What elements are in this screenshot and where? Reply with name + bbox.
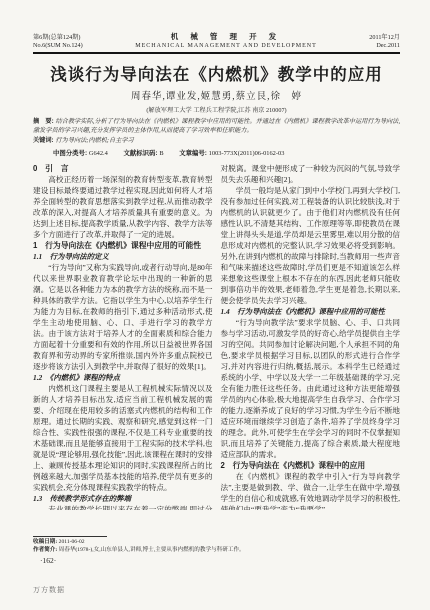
subsection-heading: 1.3 传统教学形式存在的弊端 [33,493,213,504]
page-number: ·162· [40,556,56,565]
doc-code-label: 文献标识码: [123,150,159,157]
doc-code: B [159,150,163,157]
clc-number: G642.4 [89,150,108,157]
section-heading: 2 行为导向法在《内燃机》课程中的应用 [221,460,401,471]
subsection-heading: 1.4 行为导向法在《内燃机》课程中应用的可能性 [221,306,401,317]
date-info: 2011年12月 Dec.2011 [369,34,400,50]
paragraph: 高校正经历着一场深刻的教育转型变革,教育转型建设目标最终要通过教学过程实现,因此… [33,174,213,240]
received-date: 2011-06-02 [59,539,85,545]
abstract-text: 结合教学实际,分析了行为导向法在《内燃机》课程教学中应用的可能性。并通过在《内燃… [33,118,400,134]
date-en: Dec.2011 [369,42,400,50]
header-divider [33,52,400,54]
paragraph: 内燃机这门课程主要是从工程机械实际情况以及新的人才培养目标出发,适应当前工程机械… [33,383,213,493]
journal-header: 第6期(总第124期) No.6(SUM No.124) 机 械 管 理 开 发… [33,33,400,50]
issue-en: No.6(SUM No.124) [33,42,83,50]
classification-row: 中图分类号: G642.4 文献标识码: B 文章编号: 1003-773X(2… [33,148,400,157]
paragraph: 在《内燃机》课程的教学中引入“行为导向教学法”,主要是做到教、学、做合一,让学生… [221,471,401,510]
paragraph: “行为导向教学法”要求学员脑、心、手、口共同参与学习活动,可激发学员的好奇心,给… [221,317,401,460]
abstract-label: 摘 要: [33,118,55,125]
paragraph: 学员一般均是从家门到中小学校门,再到大学校门,没有参加过任何实践,对工程装备的认… [221,185,401,306]
footnote: 收稿日期: 2011-06-02 作者简介: 周春华(1978-),女,山东单县… [33,536,415,554]
author-list: 周春华,谭业发,姬慧勇,蔡立艮,徐 婷 [33,88,400,102]
wanfang-watermark: 万方数据 [33,585,65,595]
keywords: 关键词: 行为导向法;内燃机;自主学习 [33,136,400,145]
paragraph: 专业课的教学长期以来存在着一定的弊端,即过分强调教师在教学活动中的主导地位,理论… [33,504,213,510]
bio-text: 周春华(1978-),女,山东单县人,讲师,博士,主要从事内燃机的教学与科研工作… [59,547,245,553]
right-column: 对脱离。课堂中便形成了一种较为沉闷的气氛,导致学员失去乐趣和兴趣[2]。 学员一… [221,163,401,510]
received-label: 收稿日期: [33,539,59,545]
subsection-heading: 1.1 行为导向法的定义 [33,251,213,262]
journal-name-en: MECHANICAL MANAGEMENT AND DEVELOPMENT [135,42,317,50]
article-id-label: 文章编号: [179,150,208,157]
subsection-heading: 1.2 《内燃机》课程的特点 [33,372,213,383]
left-column: 0 引 言 高校正经历着一场深刻的教育转型变革,教育转型建设目标最终要通过教学过… [33,163,213,510]
section-heading: 0 引 言 [33,163,213,174]
keywords-text: 行为导向法;内燃机;自主学习 [55,137,133,144]
article-title: 浅谈行为导向法在《内燃机》教学中的应用 [33,61,400,85]
journal-name: 机 械 管 理 开 发 MECHANICAL MANAGEMENT AND DE… [135,33,317,50]
issue-info: 第6期(总第124期) No.6(SUM No.124) [33,34,83,50]
journal-name-cn: 机 械 管 理 开 发 [135,33,317,41]
keywords-label: 关键词: [33,137,55,144]
body-columns: 0 引 言 高校正经历着一场深刻的教育转型变革,教育转型建设目标最终要通过教学过… [33,163,400,510]
issue-cn: 第6期(总第124期) [33,34,83,42]
date-cn: 2011年12月 [369,34,400,42]
article-id: 1003-773X(2011)06-0162-03 [209,150,285,157]
paragraph: 对脱离。课堂中便形成了一种较为沉闷的气氛,导致学员失去乐趣和兴趣[2]。 [221,163,401,185]
bio-label: 作者简介: [33,547,59,553]
footnote-divider [33,536,107,537]
affiliation: (解放军理工大学 工程兵工程学院,江苏 南京 210007) [33,105,400,114]
clc-label: 中图分类号: [53,150,89,157]
author-bio-line: 作者简介: 周春华(1978-),女,山东单县人,讲师,博士,主要从事内燃机的教… [33,547,415,555]
section-heading: 1 行为导向法在《内燃机》课程中应用的可能性 [33,240,213,251]
journal-page: 第6期(总第124期) No.6(SUM No.124) 机 械 管 理 开 发… [0,0,430,610]
received-date-line: 收稿日期: 2011-06-02 [33,539,415,547]
paragraph: “行为导向”又称为实践导向,或者行动导向,是80年代以来世界职业教育教学论坛中出… [33,262,213,372]
abstract: 摘 要: 结合教学实际,分析了行为导向法在《内燃机》课程教学中应用的可能性。并通… [33,117,400,136]
